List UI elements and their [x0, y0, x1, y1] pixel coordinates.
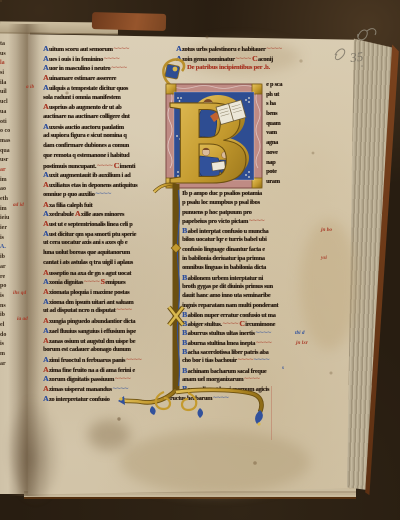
- text-line: Auinamare estimare asserere: [43, 73, 175, 83]
- text-line: vam: [266, 128, 306, 138]
- verso-text-fragment: po: [0, 282, 14, 292]
- text-line: postimuis nuncupant. ∼∼∼∼ Cimenti: [43, 161, 175, 171]
- text-line: quam: [266, 119, 306, 129]
- line-text: imenti: [119, 163, 135, 170]
- line-filler: ∼∼∼∼: [113, 46, 129, 52]
- verso-text-fragment: o co: [0, 127, 14, 137]
- verso-text-fragment: el: [0, 321, 14, 331]
- verso-text-fragment: do: [0, 331, 14, 341]
- text-line: nove: [266, 148, 306, 158]
- line-text: omniue p quo auxilio: [43, 191, 95, 198]
- line-text: xedrabule: [49, 211, 74, 218]
- verso-text-fragment: si: [0, 69, 14, 79]
- line-text: ues i ouis i in feminino: [49, 56, 103, 63]
- verso-text-fragment: ua: [0, 108, 14, 118]
- verso-text-fragment: is: [0, 292, 14, 302]
- line-text: ut cera uocatur axis ani s axes qb e: [43, 239, 127, 246]
- marginal-note: tbi d: [295, 330, 305, 336]
- line-text: uinamare estimare asserere: [49, 75, 116, 82]
- line-filler: ∼∼∼∼: [96, 163, 112, 169]
- text-line: ad supiora figura e sicut nomina q: [43, 131, 175, 141]
- illuminated-initial-B: B: [158, 56, 270, 198]
- verso-text-fragment: m: [0, 350, 14, 360]
- line-text: xonia dignitas: [49, 279, 83, 286]
- line-text: sola radunt i omnia manifestem: [43, 94, 121, 101]
- verso-text-fragment: ta: [0, 40, 14, 50]
- text-line: Aues i ouis i in feminino ∼∼∼∼: [43, 54, 175, 64]
- text-line: ph ut: [266, 90, 306, 100]
- verso-text-fragment: usr: [0, 156, 14, 166]
- marginal-note: a ib: [26, 84, 34, 90]
- gutter-bottom-shadow: [10, 396, 62, 500]
- line-text: auctinare na auctinare colligere dnt: [43, 113, 130, 120]
- line-filler: ∼∼∼∼: [95, 191, 111, 197]
- line-text: dam confirmare dubiones a comun: [43, 142, 129, 149]
- text-line: Auitum scoru aut semorum ∼∼∼∼: [43, 44, 175, 54]
- line-text: zimi fruoctul n ferbuarus panis: [49, 357, 125, 364]
- photograph-of-manuscript: { "page": { "folio": "35" }, "palette": …: [0, 0, 400, 520]
- line-text: zorum dignitatis passiuum: [49, 376, 114, 383]
- line-text: luna uolut boreas que aquitanorum: [43, 249, 130, 256]
- line-filler: ∼∼∼∼: [103, 56, 119, 62]
- text-line: que remota q estemanone i habitud: [43, 151, 175, 161]
- text-line: pote: [266, 167, 306, 177]
- binding-leather: [92, 12, 166, 31]
- text-line: nap: [266, 158, 306, 168]
- text-line: dam confirmare dubiones a comun: [43, 141, 175, 151]
- verso-text-fragment: qua: [0, 147, 14, 157]
- text-line: bens: [266, 109, 306, 119]
- verso-text-fragment: ar: [0, 263, 14, 273]
- parchment-stain: [120, 430, 310, 494]
- line-text: zotus urbs palestinoru e habitauer: [182, 46, 266, 53]
- verso-text-fragment: ila: [0, 79, 14, 89]
- verso-text-fragment: us: [0, 50, 14, 60]
- line-filler: ∼∼∼∼: [265, 46, 281, 52]
- marginal-note: ihs qd: [13, 290, 26, 296]
- line-text: zo interpretatur confusio: [49, 396, 110, 403]
- verso-text-fragment: ar: [0, 360, 14, 370]
- parchment-stain: [300, 220, 358, 350]
- verso-text-fragment: eth: [0, 195, 14, 205]
- folio-number: 35: [332, 24, 394, 70]
- line-text: xa filia caleph fuit: [49, 202, 92, 209]
- marginal-note: ysi: [321, 255, 327, 261]
- line-text: ut ad disputat ncro n disputat: [43, 307, 115, 314]
- text-line: s ha: [266, 99, 306, 109]
- verso-text-fragment: ib: [0, 311, 14, 321]
- verso-text-fragment: ib: [0, 253, 14, 263]
- verso-text-fragment: im: [0, 176, 14, 186]
- text-line: Ausprius ab augmento dr ut ab: [43, 102, 175, 112]
- line-text: que remota q estemanone i habitud: [43, 152, 129, 159]
- verso-text-fragment: re: [0, 273, 14, 283]
- svg-text:35: 35: [348, 49, 364, 66]
- marginal-note: jn bo: [321, 227, 332, 233]
- verso-text-fragment: oti: [0, 118, 14, 128]
- verso-text-fragment: ar: [0, 166, 14, 176]
- verso-text-fragment: uil: [0, 88, 14, 98]
- text-line: e p sca: [266, 80, 306, 90]
- verso-text-fragment: is: [0, 340, 14, 350]
- verso-text-fragment: im: [0, 205, 14, 215]
- line-filler: ∼∼∼∼: [83, 279, 99, 285]
- line-filler: ∼∼∼∼: [110, 65, 126, 71]
- text-line: Auxesis auctio auctoru paulatim: [43, 122, 175, 132]
- text-line: Azotus urbs palestinoru e habitauer ∼∼∼∼: [176, 44, 306, 54]
- verso-text-fragment: ucl: [0, 98, 14, 108]
- text-line: Auor in masculino i neutro ∼∼∼∼: [43, 63, 175, 73]
- right-column-side-lines: e p scaph uts habensquamvamagnanovenappo…: [266, 80, 306, 187]
- text-line: auctinare na auctinare colligere dnt: [43, 112, 175, 122]
- text-line: agna: [266, 138, 306, 148]
- parchment-speckles: [0, 0, 2, 2]
- line-text: ad supiora figura e sicut nomina q: [43, 132, 127, 139]
- marginal-note: jn lxr: [296, 340, 308, 346]
- verso-text-fragment: A.: [0, 243, 14, 253]
- text-line: sola radunt i omnia manifestem: [43, 93, 175, 103]
- line-text: usprius ab augmento dr ut ab: [49, 104, 122, 111]
- line-text: zimas uisperat manandus: [49, 386, 112, 393]
- line-text: uor in masculino i neutro: [49, 65, 110, 72]
- verso-text-fragment: is: [0, 234, 14, 244]
- marginal-note: s: [282, 365, 284, 371]
- facing-page-text-fragments: tauslasiilauilucluaotio comasquausrarima…: [0, 40, 14, 369]
- marginal-note: ia ad: [17, 316, 28, 322]
- text-line: Auilquis a tempestate dicitur quos: [43, 83, 175, 93]
- verso-text-fragment: la: [0, 59, 14, 69]
- verso-text-fragment: ao: [0, 185, 14, 195]
- initial-tail-flourish: [118, 178, 282, 434]
- verso-text-fragment: ieiu: [0, 214, 14, 224]
- marginal-note: ad id: [13, 202, 24, 208]
- verso-text-fragment: mas: [0, 137, 14, 147]
- line-text: uitum scoru aut semorum: [49, 46, 113, 53]
- verso-text-fragment: ns: [0, 302, 14, 312]
- line-text: postimuis nuncupant.: [43, 163, 96, 170]
- verso-text-fragment: ier: [0, 224, 14, 234]
- line-text: uxesis auctio auctoru paulatim: [49, 124, 124, 131]
- line-text: uilquis a tempestate dicitur quos: [49, 85, 128, 92]
